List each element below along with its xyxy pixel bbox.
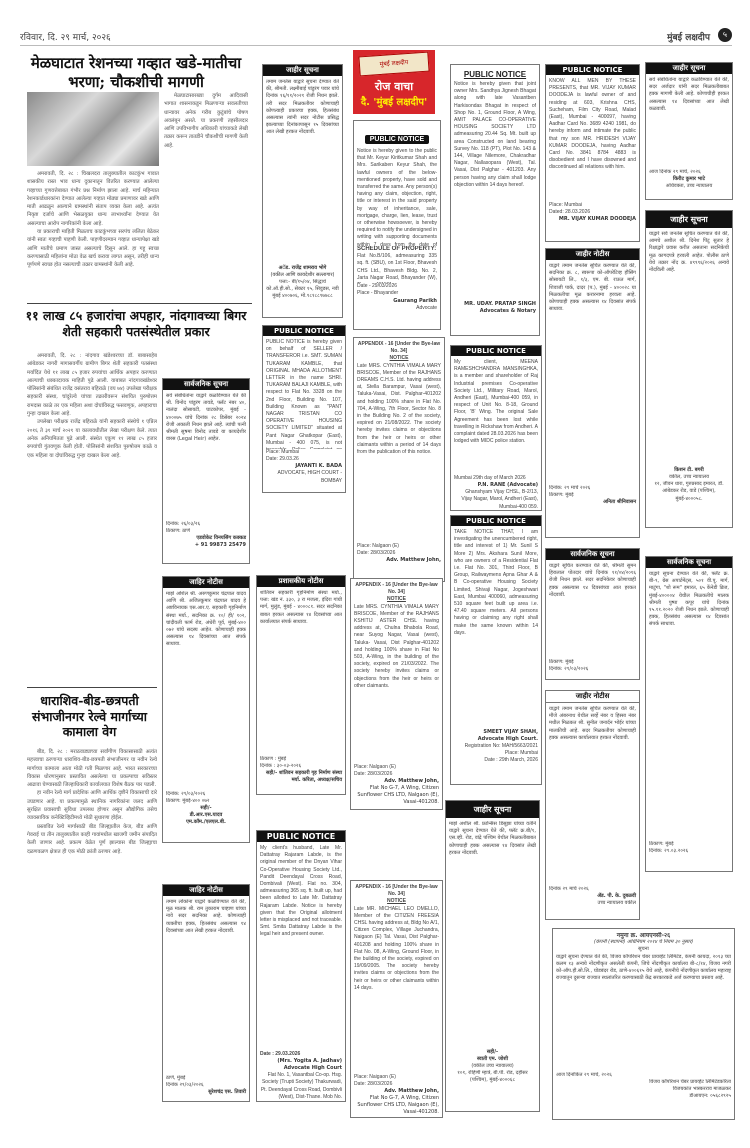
schedule-title: SCHEDULE OF PROPERTY: — [357, 246, 437, 253]
notice-body: याद्वारे तमाम जनतेस सूचित करण्यात येते क… — [549, 263, 636, 485]
notice-sarvajanik-suchna-1[interactable]: सार्वजनिक सूचना सर्व संबंधितांना याद्वार… — [162, 378, 250, 564]
newspaper-name: मुंबई लक्षदीप — [667, 30, 710, 43]
notice-signature-role: Advocates & Notary — [454, 308, 536, 315]
article-1-para-2: या प्रकाराची माहिती मिळताच काटकुंभच्या स… — [27, 228, 159, 269]
notice-header: PUBLIC NOTICE — [454, 70, 536, 79]
notice-address: Flat No G-7, A Wing, Citizen Sunflower C… — [354, 785, 439, 806]
notice-signature: अॅड. राजेंद्र शामराव भोगे — [266, 265, 339, 272]
notice-body: याद्वारे तमाम जनतेस सूचित करण्यात येते क… — [549, 706, 636, 886]
notice-place: ठिकाण : मुंबई — [260, 756, 342, 763]
notice-title: NOTICE — [354, 596, 439, 603]
notice-signature-name: स्वाती एम. जोशी — [449, 1056, 536, 1063]
article-2-headline[interactable]: ११ लाख ८५ हजारांचा अपहार, नांदगावच्या बि… — [20, 308, 252, 339]
notice-place: ठाणे, मुंबई — [166, 1075, 246, 1082]
notice-appendix-briscoe-2[interactable]: APPENDIX - 16 [Under the Bye-law No. 34]… — [350, 578, 443, 810]
notice-header: प्रशासकीय नोटीस — [257, 576, 345, 587]
article-1-para-3: मेळघाटासारख्या दुर्गम आदिवासी भागात शासन… — [164, 92, 248, 150]
notice-body: तमाम जनतेस याद्वारे सूचना देण्यात येते क… — [266, 79, 339, 265]
notice-title: सूचना — [556, 946, 731, 953]
notice-body: Notice is hereby given to the public tha… — [357, 148, 437, 246]
notice-body: माझे अशील श्री. फ्रान्सिस डिसूझा यांच्या… — [449, 821, 536, 1049]
notice-body: तमाम लोकांना याद्वारे कळविण्यात येते की,… — [166, 899, 246, 1075]
notice-signature-role: वकील, उच्च न्यायालय — [649, 474, 729, 481]
notice-signature: Gaurang Parikh — [357, 298, 437, 305]
notice-signature-role: Advocate — [357, 305, 437, 312]
article-3-para-1: बीड, दि. २८ : मराठवाड्याच्या सर्वांगीण व… — [27, 748, 157, 789]
notice-signature: सही/- शांतिवन सहकारी गृह निर्माण संस्था … — [260, 770, 342, 784]
notice-date: Date : 29.03.2026 — [260, 1051, 342, 1058]
notice-header: PUBLIC NOTICE — [451, 516, 541, 526]
notice-sarvajanik-col4[interactable]: सार्वजनिक सूचना याद्वारे सूचित करण्यात य… — [545, 548, 640, 680]
notice-signature: सुरेशचंद्र एस. तिवारी — [166, 1089, 246, 1096]
notice-place: Place: Mumbai — [454, 750, 538, 757]
schedule-text: Flat No.B/106, admeasuring 335 sq. ft. (… — [357, 253, 437, 283]
notice-body: याद्वारे सूचना देण्यात येते की, फ्लॅट क्… — [649, 571, 729, 841]
notice-header: जाहीर नोटीस — [546, 249, 639, 260]
notice-public-labde[interactable]: PUBLIC NOTICE My client's husband, Late … — [256, 830, 346, 1102]
notice-place: Place: Mumbai — [549, 202, 636, 209]
notice-registration: Registration No: MAH/5663/2021 — [454, 743, 538, 750]
notice-body: Late MR. MICHAEL LEO DMELLO, Member of t… — [354, 906, 439, 1074]
notice-address: १०१, रोहिणी म्हात्रे, बी.पी. रोड, दहीसर … — [449, 1070, 536, 1084]
ad-tagline: रोज वाचा — [353, 79, 435, 94]
article-1-para-1: अमरावती, दि. २८ : चिखलदरा तालुक्यातील का… — [27, 170, 159, 228]
article-1-body-b: अमरावती, दि. २८ : चिखलदरा तालुक्यातील का… — [27, 170, 159, 300]
notice-date: Date: 28/03/2026 — [354, 771, 439, 778]
notice-place: Place: Nalgaon (E) — [354, 764, 439, 771]
notice-signature: किशन टी. बगरी — [649, 467, 729, 474]
notice-date: Date: 29.03.26 — [266, 456, 342, 463]
notice-namuna-inc26[interactable]: नमुना क्र. आयएनसी-२६ (कंपनी (स्थापना) अध… — [552, 928, 735, 1120]
notice-body: माझे अशिल श्री. अरुणकुमार चंद्रपाल यादव … — [166, 591, 246, 791]
newspaper-ad[interactable]: मुंबई लक्षदीप रोज वाचा दै. 'मुंबई लक्षदी… — [353, 50, 435, 114]
notice-body: TAKE NOTICE THAT, I am investigating the… — [454, 529, 538, 729]
article-3-para-2: हा नवीन रेल्वे मार्ग प्रादेशिक आणि आर्थि… — [27, 789, 157, 822]
notice-address: Flat No. 1, Vasantbal Co-op. Hsg. Societ… — [260, 1072, 342, 1102]
notice-body: सर्व संबंधितांना याद्वारे कळविण्यात येते… — [649, 77, 729, 169]
notice-body: PUBLIC NOTICE is hereby given on behalf … — [266, 339, 342, 449]
notice-signature: Adv. Matthew John, — [354, 778, 439, 785]
article-1-photo — [27, 92, 159, 166]
divider — [27, 303, 252, 304]
notice-public-kamble[interactable]: PUBLIC NOTICE PUBLIC NOTICE is hereby gi… — [262, 325, 346, 493]
notice-subheader: (कंपनी (स्थापना) अधिनियम २०१४ चे नियम ३०… — [556, 939, 731, 946]
notice-public-rane[interactable]: PUBLIC NOTICE My client, MEENA RAMESHCHA… — [450, 345, 542, 511]
notice-signature: MR. VIJAY KUMAR DOODEJA — [549, 216, 636, 223]
notice-header: APPENDIX - 16 [Under the Bye-law No. 34] — [354, 884, 439, 898]
notice-address: पत्ता:- बी/१५/०४, सिद्धार्थ को.ऑ.ही.सो.,… — [266, 279, 339, 301]
notice-header: APPENDIX - 16 [Under the Bye-law No. 34] — [357, 341, 441, 355]
page-number-badge: ५ — [718, 28, 732, 42]
notice-body: याद्वारे सूचित करण्यात येते की, श्रीमती … — [549, 563, 636, 659]
notice-title: NOTICE — [354, 898, 439, 905]
notice-place: ठिकाण: मुंबई — [549, 659, 636, 666]
notice-date: दिनांक: २९ मार्च २०२६ — [549, 485, 636, 492]
article-3-headline[interactable]: धाराशिव-बीड-छत्रपती संभाजीनगर रेल्वे मार… — [22, 693, 157, 740]
notice-address: १२, जीवन धारा, गुरुप्रसाद इमारत, डॉ. आंब… — [649, 481, 729, 503]
divider — [27, 687, 157, 688]
issue-date: रविवार, दि. २९ मार्च, २०२६ — [20, 30, 111, 43]
article-1-body-a: मेळघाटासारख्या दुर्गम आदिवासी भागात शासन… — [164, 92, 248, 300]
article-3-para-3: प्रस्तावित रेल्वे मार्गासाठी बीड जिल्ह्य… — [27, 823, 157, 856]
ad-title: दै. 'मुंबई लक्षदीप' — [353, 94, 435, 108]
notice-header: जाहीर सूचना — [446, 801, 539, 818]
notice-prashasakiy[interactable]: प्रशासकीय नोटीस शांतिवन सहकारी गृहनिर्मा… — [256, 575, 346, 795]
notice-signature-name: विजयकांत भास्करराव माजळकर — [556, 1086, 731, 1093]
notice-date: दिनांक: २९/०३/२०२६ — [166, 791, 246, 798]
notice-signature: सही/- — [449, 1049, 536, 1056]
notice-date: Date : 29th March, 2026 — [454, 757, 538, 764]
notice-address: Flat No G-7, A Wing, Citizen Sunflower C… — [354, 1095, 439, 1116]
notice-date: Mumbai 29th day of March 2026 — [454, 475, 538, 482]
notice-address: Ghanshyam Vijay CHSL, B-2/13, Vijay Naga… — [454, 489, 538, 511]
notice-jahir-col2-b[interactable]: जाहिर नोटीस तमाम लोकांना याद्वारे कळविण्… — [162, 884, 250, 1102]
notice-signature: SMEET VIJAY SHAH, — [454, 729, 538, 736]
notice-header: PUBLIC NOTICE — [546, 65, 639, 75]
notice-header: PUBLIC NOTICE — [257, 831, 345, 842]
notice-signature: अनिता श्रीनिवासन — [549, 499, 636, 506]
notice-jahir-suchna-col4-d[interactable]: जाहीर सूचना माझे अशील श्री. फ्रान्सिस डि… — [445, 800, 540, 1112]
notice-header: जाहीर सूचना — [646, 211, 732, 228]
notice-place: Place - Bhayander — [357, 290, 437, 297]
notice-jahir-col4[interactable]: जाहीर नोटीस याद्वारे तमाम जनतेस सूचित कर… — [545, 248, 640, 538]
masthead: रविवार, दि. २९ मार्च, २०२६ मुंबई लक्षदीप… — [20, 30, 732, 46]
article-2-body: अमरावती, दि. २८ : नांदगाव खंडेश्वरच्या ड… — [27, 352, 157, 584]
notice-body: याद्वारे सर्व जनतेस सूचित करण्यात येते क… — [649, 231, 729, 467]
article-3-body: बीड, दि. २८ : मराठवाड्याच्या सर्वांगीण व… — [27, 748, 157, 1128]
notice-header: जाहीर सूचना — [646, 63, 732, 74]
notice-appendix-briscoe[interactable]: APPENDIX - 16 [Under the Bye-law No. 34]… — [353, 337, 445, 582]
notice-signature: P.N. RANE (Advocate) — [454, 482, 538, 489]
notice-body: याद्वारे सूचना देण्यात येते की, विजय कॉर… — [556, 954, 731, 1072]
notice-signature: किरीट कुमार भाटे — [649, 176, 729, 183]
notice-signature-sub: (वकील आणि कायदेशीर सल्लागार) — [266, 272, 339, 279]
notice-date: Date: 28/03/2026 — [357, 550, 441, 557]
notice-body: My client, MEENA RAMESHCHANDRA MANSINGHK… — [454, 359, 538, 475]
notice-phone: + 91 99873 25479 — [166, 542, 246, 549]
article-2-para-2: उपलेखा परीक्षक राजेंद्र बहिराळे यांनी सह… — [27, 418, 157, 459]
notice-header: सार्वजनिक सूचना — [646, 557, 732, 568]
ad-paper-strip: मुंबई लक्षदीप — [358, 52, 429, 77]
notice-signature-role: उच्च न्यायालय वकील — [549, 900, 636, 907]
notice-date: दिनांक: २९.०३.२०२६ — [649, 848, 729, 855]
notice-sarvajanik-col5[interactable]: सार्वजनिक सूचना याद्वारे सूचना देण्यात य… — [645, 556, 733, 872]
notice-place: ठिकाण: मुंबई — [649, 841, 729, 848]
notice-jahir-col2[interactable]: जाहिर नोटीस माझे अशिल श्री. अरुणकुमार चं… — [162, 576, 250, 843]
notice-body: Notice is hereby given that joint owner … — [454, 81, 536, 301]
notice-date: दिनांक: २९/०३/२०२६ — [549, 666, 636, 673]
notice-signature-role: Advocate High Court. — [454, 736, 538, 743]
notice-date: Date: 28/03/2026 — [354, 1081, 439, 1088]
notice-header: नमुना क्र. आयएनसी-२६ — [556, 932, 731, 939]
notice-place: Place: Naigaon (E) — [354, 1074, 439, 1081]
notice-signature-role: ADVOCATE, HIGH COURT - BOMBAY — [266, 470, 342, 484]
notice-din: डीआयएन: ०५६८२९२५ — [556, 1093, 731, 1100]
notice-signature-role: अधिवक्ता, उच्च न्यायालय — [649, 183, 729, 190]
notice-header: जाहीर सूचना — [263, 65, 342, 76]
notice-header: PUBLIC NOTICE — [451, 346, 541, 356]
notice-header: PUBLIC NOTICE — [357, 126, 437, 145]
notice-public-bhagat[interactable]: PUBLIC NOTICE Notice is hereby given tha… — [450, 64, 540, 336]
notice-signature: एडवोकेट विनयसिंग कक्कड — [166, 535, 246, 542]
notice-body: My client's husband, Late Mr. Dattatray … — [260, 845, 342, 1051]
notice-signature: JAYANTI K. BADA — [266, 463, 342, 470]
notice-signature: MR. UDAY. PRATAP SINGH — [454, 301, 536, 308]
notice-body: शांतिवन सहकारी गृहनिर्माण संस्था मर्या.,… — [260, 590, 342, 756]
notice-body: Late MRS. CYNTHIA VIMALA MARY BRISCOE, M… — [354, 604, 439, 764]
notice-signature: Adv. Matthew John, — [354, 1088, 439, 1095]
notice-signature: Adv. Matthew John, — [357, 557, 441, 564]
notice-jahir-suchna-col5-b[interactable]: जाहीर सूचना याद्वारे सर्व जनतेस सूचित कर… — [645, 210, 733, 528]
notice-header: जाहिर नोटीस — [163, 885, 249, 896]
notice-signature: (Mrs. Yogita A. Jadhav) — [260, 1058, 342, 1065]
notice-signature-role: Advocate High Court — [260, 1065, 342, 1072]
notice-public-doodeja[interactable]: PUBLIC NOTICE KNOW ALL MEN BY THESE PRES… — [545, 64, 640, 242]
notice-date: आज दिनांकित २९ मार्च, २०२६ — [556, 1072, 731, 1079]
notice-signature-sub: (वकील उच्च न्यायालय) — [449, 1063, 536, 1070]
notice-header: सार्वजनिक सूचना — [546, 549, 639, 560]
article-2-para-1: अमरावती, दि. २८ : नांदगाव खंडेश्वरच्या ड… — [27, 352, 157, 418]
notice-date: Date - 29/03/2026 — [357, 283, 437, 290]
notice-header: जाहिर नोटीस — [163, 577, 249, 588]
notice-jahir-col4-c[interactable]: जाहीर नोटीस याद्वारे तमाम जनतेस सूचित कर… — [545, 690, 640, 920]
notice-body: KNOW ALL MEN BY THESE PRESENTS, that MR.… — [549, 78, 636, 202]
notice-signature-sub: एम.कॉम./एलएल.बी. — [166, 819, 246, 826]
notice-header: सार्वजनिक सूचना — [163, 379, 249, 390]
notice-place: Place: Mumbai — [266, 449, 342, 456]
notice-header: PUBLIC NOTICE — [263, 326, 345, 336]
notice-header: APPENDIX - 16 [Under the Bye-law No. 34] — [354, 582, 439, 596]
notice-signature: ॲड. पी. के. दुबळवी — [549, 893, 636, 900]
article-1-headline[interactable]: मेळघाटात रेशनच्या गव्हात खडे-मातीचा भरणा… — [20, 54, 252, 92]
notice-header: जाहीर नोटीस — [546, 691, 639, 703]
notice-jahir-suchna-right-top[interactable]: जाहीर सूचना सर्व संबंधितांना याद्वारे कळ… — [645, 62, 733, 200]
notice-appendix-dmello[interactable]: APPENDIX - 16 [Under the Bye-law No. 34]… — [350, 880, 443, 1118]
notice-body: Late MRS. CYNTHIA VIMALA MARY BRISCOE, M… — [357, 363, 441, 543]
notice-date: दिनांक: २६/०३/२६ — [166, 521, 246, 528]
notice-body: सर्व संबंधितांना याद्वारे कळविण्यात येते… — [166, 393, 246, 521]
notice-public-shah[interactable]: PUBLIC NOTICE Notice is hereby given to … — [353, 120, 441, 330]
notice-date: Dated: 28.03.2026 — [549, 209, 636, 216]
notice-signature: विजय कॉर्पोरेशन चेंबर प्रायव्हेट लिमिटेड… — [556, 1079, 731, 1086]
notice-title: NOTICE — [357, 355, 441, 362]
notice-jahir-suchna-1[interactable]: जाहीर सूचना तमाम जनतेस याद्वारे सूचना दे… — [262, 64, 343, 318]
notice-public-investigation[interactable]: PUBLIC NOTICE TAKE NOTICE THAT, I am inv… — [450, 515, 542, 785]
notice-place: Place: Nalgaon (E) — [357, 543, 441, 550]
